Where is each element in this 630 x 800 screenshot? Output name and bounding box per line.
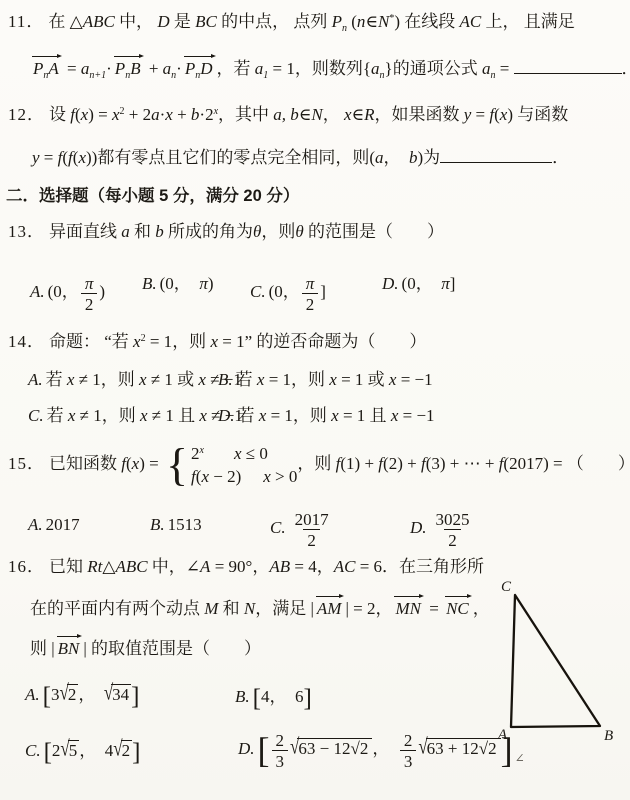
vector-BN: BN <box>56 634 83 660</box>
scan-artifact-angle-mark: ∠ <box>515 751 525 765</box>
vertex-label-c: C <box>501 579 512 595</box>
text-run: 则 <box>30 639 51 658</box>
answer-blank <box>440 159 552 163</box>
option-label: D. <box>238 739 255 758</box>
text-run: 所成的角为 <box>164 222 253 241</box>
vector-PnD: PnD <box>183 54 216 80</box>
text-run: = 1 <box>146 332 173 351</box>
text-run: = −1 <box>396 370 432 389</box>
math-var: x <box>210 332 218 351</box>
vertex-label-a: A <box>497 727 508 743</box>
vector-bar <box>57 636 78 637</box>
abs-bar: | <box>311 599 314 618</box>
text-run: (2) + <box>383 454 421 473</box>
text-run: = <box>471 105 489 124</box>
text-run: 上， 且满足 <box>481 12 575 31</box>
math-var: N <box>244 599 255 618</box>
math-var: x <box>234 444 242 463</box>
sqrt-sign: √ <box>104 679 113 707</box>
math-var: BC <box>195 12 217 31</box>
text-run: = <box>40 148 58 167</box>
text-run: 设 <box>49 105 70 124</box>
bracket-open: [ <box>44 739 52 766</box>
text-run: = 1 且 <box>339 406 391 425</box>
math-var: x <box>165 105 173 124</box>
math-var: x <box>78 148 86 167</box>
triangle-symbol: △ <box>102 557 115 576</box>
text-run: 与函数 <box>517 105 568 124</box>
text-run: = 1，则数列 <box>268 59 363 78</box>
sqrt-sign: √ <box>418 733 427 761</box>
option-label: B. <box>142 274 157 293</box>
fraction-denominator: 2 <box>302 293 319 314</box>
problem-14-option-A: A.若 x ≠ 1，则 x ≠ 1 或 x ≠ −1 <box>28 369 242 391</box>
problem-15-option-D: D.30252 <box>410 509 476 549</box>
problem-12-line-2: y = f(f(x))都有零点且它们的零点完全相同，则(a， b)为． <box>32 147 569 169</box>
piecewise-row: f(x − 2)x > 0 <box>191 468 297 485</box>
option-label: C. <box>25 741 41 760</box>
brace-open: { <box>363 59 371 78</box>
math-var: AC <box>460 12 482 31</box>
text-run: 已知函数 <box>49 454 121 473</box>
option-label: B. <box>235 687 250 706</box>
text-run: 和 <box>218 599 244 618</box>
problem-16-line-1: 16．已知 Rt△ABC 中，∠A = 90°，AB = 4，AC = 6．在三… <box>8 556 484 578</box>
vector-AM: AM <box>315 594 345 620</box>
math-var: x <box>263 467 271 486</box>
fraction-numerator: 2 <box>272 731 289 750</box>
fraction-numerator: 3025 <box>432 510 474 529</box>
text-run: ) <box>208 274 214 293</box>
text-run: ) <box>507 105 517 124</box>
fraction-denominator: 3 <box>400 750 417 771</box>
text-run: = 6．在三角形所 <box>355 557 484 576</box>
section-heading: 二．选择题（每小题 5 分，满分 20 分） <box>6 186 299 207</box>
answer-blank <box>514 70 622 74</box>
text-run: 中，∠ <box>148 557 201 576</box>
text-run: ． <box>622 59 630 78</box>
text-run: ( <box>347 12 357 31</box>
problem-number: 16． <box>8 557 45 576</box>
problem-number: 15． <box>8 454 45 473</box>
problem-15-stem: 15．已知函数 f(x) = {2xx ≤ 0f(x − 2)x > 0，则 f… <box>8 445 630 485</box>
bracket-close: ] <box>132 739 140 766</box>
text-run: 是 <box>170 12 196 31</box>
option-label: D. <box>218 406 235 425</box>
option-label: C. <box>28 406 44 425</box>
text-run: = <box>495 59 513 78</box>
problem-13-stem: 13．异面直线 a 和 b 所成的角为θ，则θ 的范围是（ ） <box>8 221 444 243</box>
problem-16-line-2: 在的平面内有两个动点 M 和 N，满足 |AM| = 2，MN = NC， <box>30 594 490 620</box>
math-var: N <box>311 105 322 124</box>
option-value: 2017 <box>46 515 80 534</box>
text-run: 若 <box>238 406 259 425</box>
problem-number: 14． <box>8 332 45 351</box>
sqrt-sign: √ <box>59 679 68 707</box>
math-var: x <box>140 406 148 425</box>
brace-close: } <box>385 59 393 78</box>
problem-15-option-B: B.1513 <box>150 514 202 536</box>
text-run: (3) + ⋯ + <box>426 454 499 473</box>
math-var: B <box>130 59 140 78</box>
option-label: D. <box>410 518 427 537</box>
text-run: = <box>425 599 443 618</box>
option-value: 1513 <box>168 515 202 534</box>
math-var: a <box>255 59 264 78</box>
problem-12-line-1: 12．设 f(x) = x2 + 2a·x + b·2x，其中 a, b∈N， … <box>8 104 568 126</box>
bracket-close: ] <box>131 683 139 710</box>
fraction-denominator: 2 <box>303 529 320 550</box>
math-var: D <box>200 59 212 78</box>
math-var: N <box>378 12 389 31</box>
sqrt: √5 <box>60 740 79 762</box>
text-run: (0， <box>269 282 300 301</box>
radicand: 34 <box>111 684 131 704</box>
abs-bar: | <box>51 639 54 658</box>
math-var: x <box>344 105 352 124</box>
element-of-symbol: ∈ <box>365 12 378 31</box>
text-run: 为 <box>423 148 440 167</box>
problem-13-option-C: C.(0，π2] <box>250 273 326 313</box>
math-var: b <box>409 148 418 167</box>
option-label: A. <box>30 282 45 301</box>
fraction-numerator: 2017 <box>291 510 333 529</box>
text-run: = 1 <box>218 332 245 351</box>
text-run: (0， <box>160 274 200 293</box>
text-run: (0， <box>48 282 79 301</box>
text-run: ，其中 <box>218 105 273 124</box>
text-run: 2 <box>52 741 61 760</box>
text-run: 63 − 12 <box>298 739 350 758</box>
text-run: ，则 <box>261 222 295 241</box>
problem-11-line-2: PnA = an+1·PnB + an·PnD，若 a1 = 1，则数列{an}… <box>30 54 630 80</box>
option-label: A. <box>28 515 43 534</box>
vector-bar <box>184 56 211 57</box>
option-label: C. <box>270 518 286 537</box>
math-var: P <box>115 59 125 78</box>
sqrt-sign: √ <box>113 735 122 763</box>
vector-bar <box>394 596 419 597</box>
text-run: 和 <box>130 222 156 241</box>
vector-bar <box>445 596 467 597</box>
math-var: a <box>375 148 384 167</box>
exam-page: 11．在 △ABC 中， D 是 BC 的中点， 点列 Pn (n∈N*) 在线… <box>0 0 630 800</box>
math-var: π <box>441 274 450 293</box>
math-var: x <box>139 370 147 389</box>
text-run: )) <box>86 148 97 167</box>
fraction-numerator: π <box>302 274 319 293</box>
problem-13-option-A: A.(0，π2) <box>30 273 105 313</box>
problem-number: 12． <box>8 105 45 124</box>
text-run: ， <box>384 148 410 167</box>
fraction-numerator: 2 <box>400 731 417 750</box>
text-run: ·2 <box>199 105 213 124</box>
text-run: ，如果函数 <box>375 105 464 124</box>
vector-bar <box>32 56 57 57</box>
bracket-open: [ <box>43 683 51 710</box>
text-run: 在 <box>48 12 69 31</box>
math-var: x <box>329 370 337 389</box>
text-run: = 1 或 <box>337 370 389 389</box>
math-sup: x <box>200 445 204 456</box>
math-var: ABC <box>115 557 147 576</box>
math-var: MN <box>395 599 421 618</box>
math-var: a, b <box>273 105 299 124</box>
fraction: 30252 <box>432 510 474 550</box>
problem-15-option-A: A.2017 <box>28 514 80 536</box>
problem-16-option-C: C.[2√5， 4√2] <box>25 740 140 762</box>
problem-number: 11． <box>8 12 44 31</box>
text-run: ≤ 0 <box>242 444 268 463</box>
vector-bar <box>316 596 340 597</box>
text-run: 在的平面内有两个动点 <box>30 599 204 618</box>
math-var: R <box>364 105 374 124</box>
problem-14-option-D: D.若 x = 1，则 x = 1 且 x = −1 <box>218 405 435 427</box>
vector-MN: MN <box>393 594 424 620</box>
math-var: x <box>201 467 209 486</box>
text-run: = 4， <box>290 557 334 576</box>
math-var: BN <box>58 639 80 658</box>
option-label: B. <box>218 370 233 389</box>
text-run: 的中点， 点列 <box>217 12 332 31</box>
text-run: ) <box>99 282 105 301</box>
math-var: P <box>185 59 195 78</box>
math-var: θ <box>295 222 303 241</box>
text-run: ． <box>552 148 569 167</box>
text-run: 若 <box>236 370 257 389</box>
text-run: ，满足 <box>255 599 310 618</box>
math-var: a <box>151 105 160 124</box>
sqrt-sign: √ <box>60 735 69 763</box>
bracket-open: [ <box>253 685 261 712</box>
math-sub: n+1 <box>89 70 106 81</box>
radicand: 2 <box>359 738 371 758</box>
text-run: 都有零点且它们的零点完全相同，则 <box>97 148 369 167</box>
math-var: a <box>371 59 380 78</box>
text-run: 已知 <box>49 557 87 576</box>
math-var: D <box>157 12 169 31</box>
text-run: ，则 <box>297 454 335 473</box>
math-var: NC <box>446 599 469 618</box>
text-run: ) = <box>88 105 112 124</box>
text-run: = −1 <box>398 406 434 425</box>
math-var: a <box>163 59 172 78</box>
radicand: 63 − 12√2 <box>297 738 372 758</box>
option-label: C. <box>250 282 266 301</box>
math-var: x <box>112 105 120 124</box>
text-run: + <box>173 105 191 124</box>
text-run: 若 <box>47 406 68 425</box>
math-var: AC <box>334 557 356 576</box>
text-run: ， <box>323 105 344 124</box>
text-run: 的取值范围是（ ） <box>87 639 261 658</box>
piecewise-brace: { <box>166 439 188 490</box>
vector-arrowhead-icon <box>211 54 216 58</box>
text-run: 的范围是（ ） <box>304 222 444 241</box>
text-run: ) 在线段 <box>394 12 459 31</box>
fraction-denominator: 2 <box>81 293 98 314</box>
text-run: ， <box>78 685 104 704</box>
text-run: > 0 <box>271 467 298 486</box>
math-var: π <box>199 274 208 293</box>
dot-operator: · <box>106 59 112 78</box>
text-run: 的通项公式 <box>393 59 482 78</box>
text-run: ] <box>320 282 326 301</box>
text-run: = 1，则 <box>264 370 329 389</box>
text-run: + 2 <box>125 105 152 124</box>
element-of-symbol: ∈ <box>352 105 365 124</box>
math-var: P <box>33 59 43 78</box>
problem-14-option-C: C.若 x ≠ 1，则 x ≠ 1 且 x ≠ −1 <box>28 405 243 427</box>
fraction-denominator: 3 <box>272 750 289 771</box>
fraction: 23 <box>272 731 289 771</box>
text-run: = 90°， <box>210 557 269 576</box>
fraction: π2 <box>81 274 98 314</box>
text-run: ≠ 1，则 <box>74 370 139 389</box>
text-run: ， <box>372 739 398 758</box>
vertex-label-b: B <box>604 728 613 744</box>
text-run: ≠ 1 或 <box>147 370 199 389</box>
problem-13-option-D: D.(0， π] <box>382 273 455 295</box>
problem-number: 13． <box>8 222 45 241</box>
vector-PnB: PnB <box>113 54 144 80</box>
text-run: = <box>63 59 81 78</box>
text-run: ” 的逆否命题为（ ） <box>245 332 427 351</box>
problem-16-line-3: 则 |BN| 的取值范围是（ ） <box>30 634 261 660</box>
fraction: π2 <box>302 274 319 314</box>
option-value: 4， 6 <box>261 687 304 706</box>
problem-14-stem: 14．命题： “若 x2 = 1，则 x = 1” 的逆否命题为（ ） <box>8 331 426 353</box>
text-run: | = 2， <box>345 599 392 618</box>
option-label: B. <box>150 515 165 534</box>
math-var: M <box>204 599 218 618</box>
problem-15-option-C: C.20172 <box>270 509 335 549</box>
vector-PnA: PnA <box>31 54 62 80</box>
math-var: P <box>332 12 342 31</box>
piecewise-cases: 2xx ≤ 0f(x − 2)x > 0 <box>191 445 297 485</box>
problem-16-option-B: B.[4， 6] <box>235 686 312 708</box>
problem-14-option-B: B.若 x = 1，则 x = 1 或 x = −1 <box>218 369 433 391</box>
text-run: ≠ 1 且 <box>148 406 200 425</box>
text-run: (2017) = （ ）. <box>503 454 630 473</box>
fraction: 23 <box>400 731 417 771</box>
piecewise-row: 2xx ≤ 0 <box>191 445 297 462</box>
math-var: x <box>331 406 339 425</box>
bracket-close: ] <box>303 685 311 712</box>
triangle-figure: C A B <box>478 572 628 748</box>
triangle-shape <box>511 595 600 727</box>
vector-arrowhead-icon <box>419 594 424 598</box>
vector-arrowhead-icon <box>77 634 82 638</box>
triangle-symbol: △ <box>70 12 83 31</box>
text-run: 若 <box>46 370 67 389</box>
vector-arrowhead-icon <box>339 594 344 598</box>
text-run: + <box>145 59 163 78</box>
math-var: AM <box>317 599 342 618</box>
math-var: x <box>198 370 206 389</box>
sqrt-sign: √ <box>290 733 299 761</box>
math-var: b <box>155 222 164 241</box>
fraction-denominator: 2 <box>444 529 461 550</box>
fraction: 20172 <box>291 510 333 550</box>
option-label: A. <box>25 685 40 704</box>
problem-13-option-B: B.(0， π) <box>142 273 214 295</box>
sqrt: √34 <box>104 684 131 706</box>
text-run: ) = <box>139 454 163 473</box>
vector-NC: NC <box>444 594 472 620</box>
text-run: ， 4 <box>79 741 113 760</box>
math-var: AB <box>269 557 290 576</box>
math-var: x <box>199 406 207 425</box>
math-var: A <box>48 59 58 78</box>
vector-bar <box>114 56 139 57</box>
option-label: D. <box>382 274 399 293</box>
sqrt: √63 − 12√2 <box>290 738 372 760</box>
text-run: 异面直线 <box>49 222 121 241</box>
text-run: 63 + 12 <box>427 739 479 758</box>
math-var: a <box>121 222 130 241</box>
problem-11-line-1: 11．在 △ABC 中， D 是 BC 的中点， 点列 Pn (n∈N*) 在线… <box>8 11 575 33</box>
bracket-open: [ <box>258 730 270 770</box>
vector-arrowhead-icon <box>139 54 144 58</box>
math-var: Rt <box>87 557 102 576</box>
dot-operator: · <box>176 59 182 78</box>
text-run: 命题： “若 <box>49 332 133 351</box>
text-run: ，则 <box>172 332 210 351</box>
text-run: 2 <box>191 444 200 463</box>
text-run: 中， <box>115 12 158 31</box>
sqrt: √2 <box>113 740 132 762</box>
math-var: ABC <box>83 12 115 31</box>
math-var: A <box>200 557 210 576</box>
vector-arrowhead-icon <box>467 594 472 598</box>
sqrt-nested: √2 <box>350 738 370 760</box>
text-run: ≠ 1，则 <box>75 406 140 425</box>
text-run: ] <box>450 274 456 293</box>
fraction-numerator: π <box>81 274 98 293</box>
option-label: A. <box>28 370 43 389</box>
text-run: (1) + <box>340 454 378 473</box>
sqrt: √2 <box>59 684 78 706</box>
vector-arrowhead-icon <box>57 54 62 58</box>
problem-16-option-A: A.[3√2， √34] <box>25 684 139 706</box>
text-run: 3 <box>51 685 60 704</box>
text-run: (0， <box>402 274 442 293</box>
math-var: y <box>32 148 40 167</box>
element-of-symbol: ∈ <box>299 105 312 124</box>
math-var: x <box>133 332 141 351</box>
text-run: − 2) <box>209 467 241 486</box>
text-run: ，若 <box>217 59 255 78</box>
text-run: = 1，则 <box>266 406 331 425</box>
